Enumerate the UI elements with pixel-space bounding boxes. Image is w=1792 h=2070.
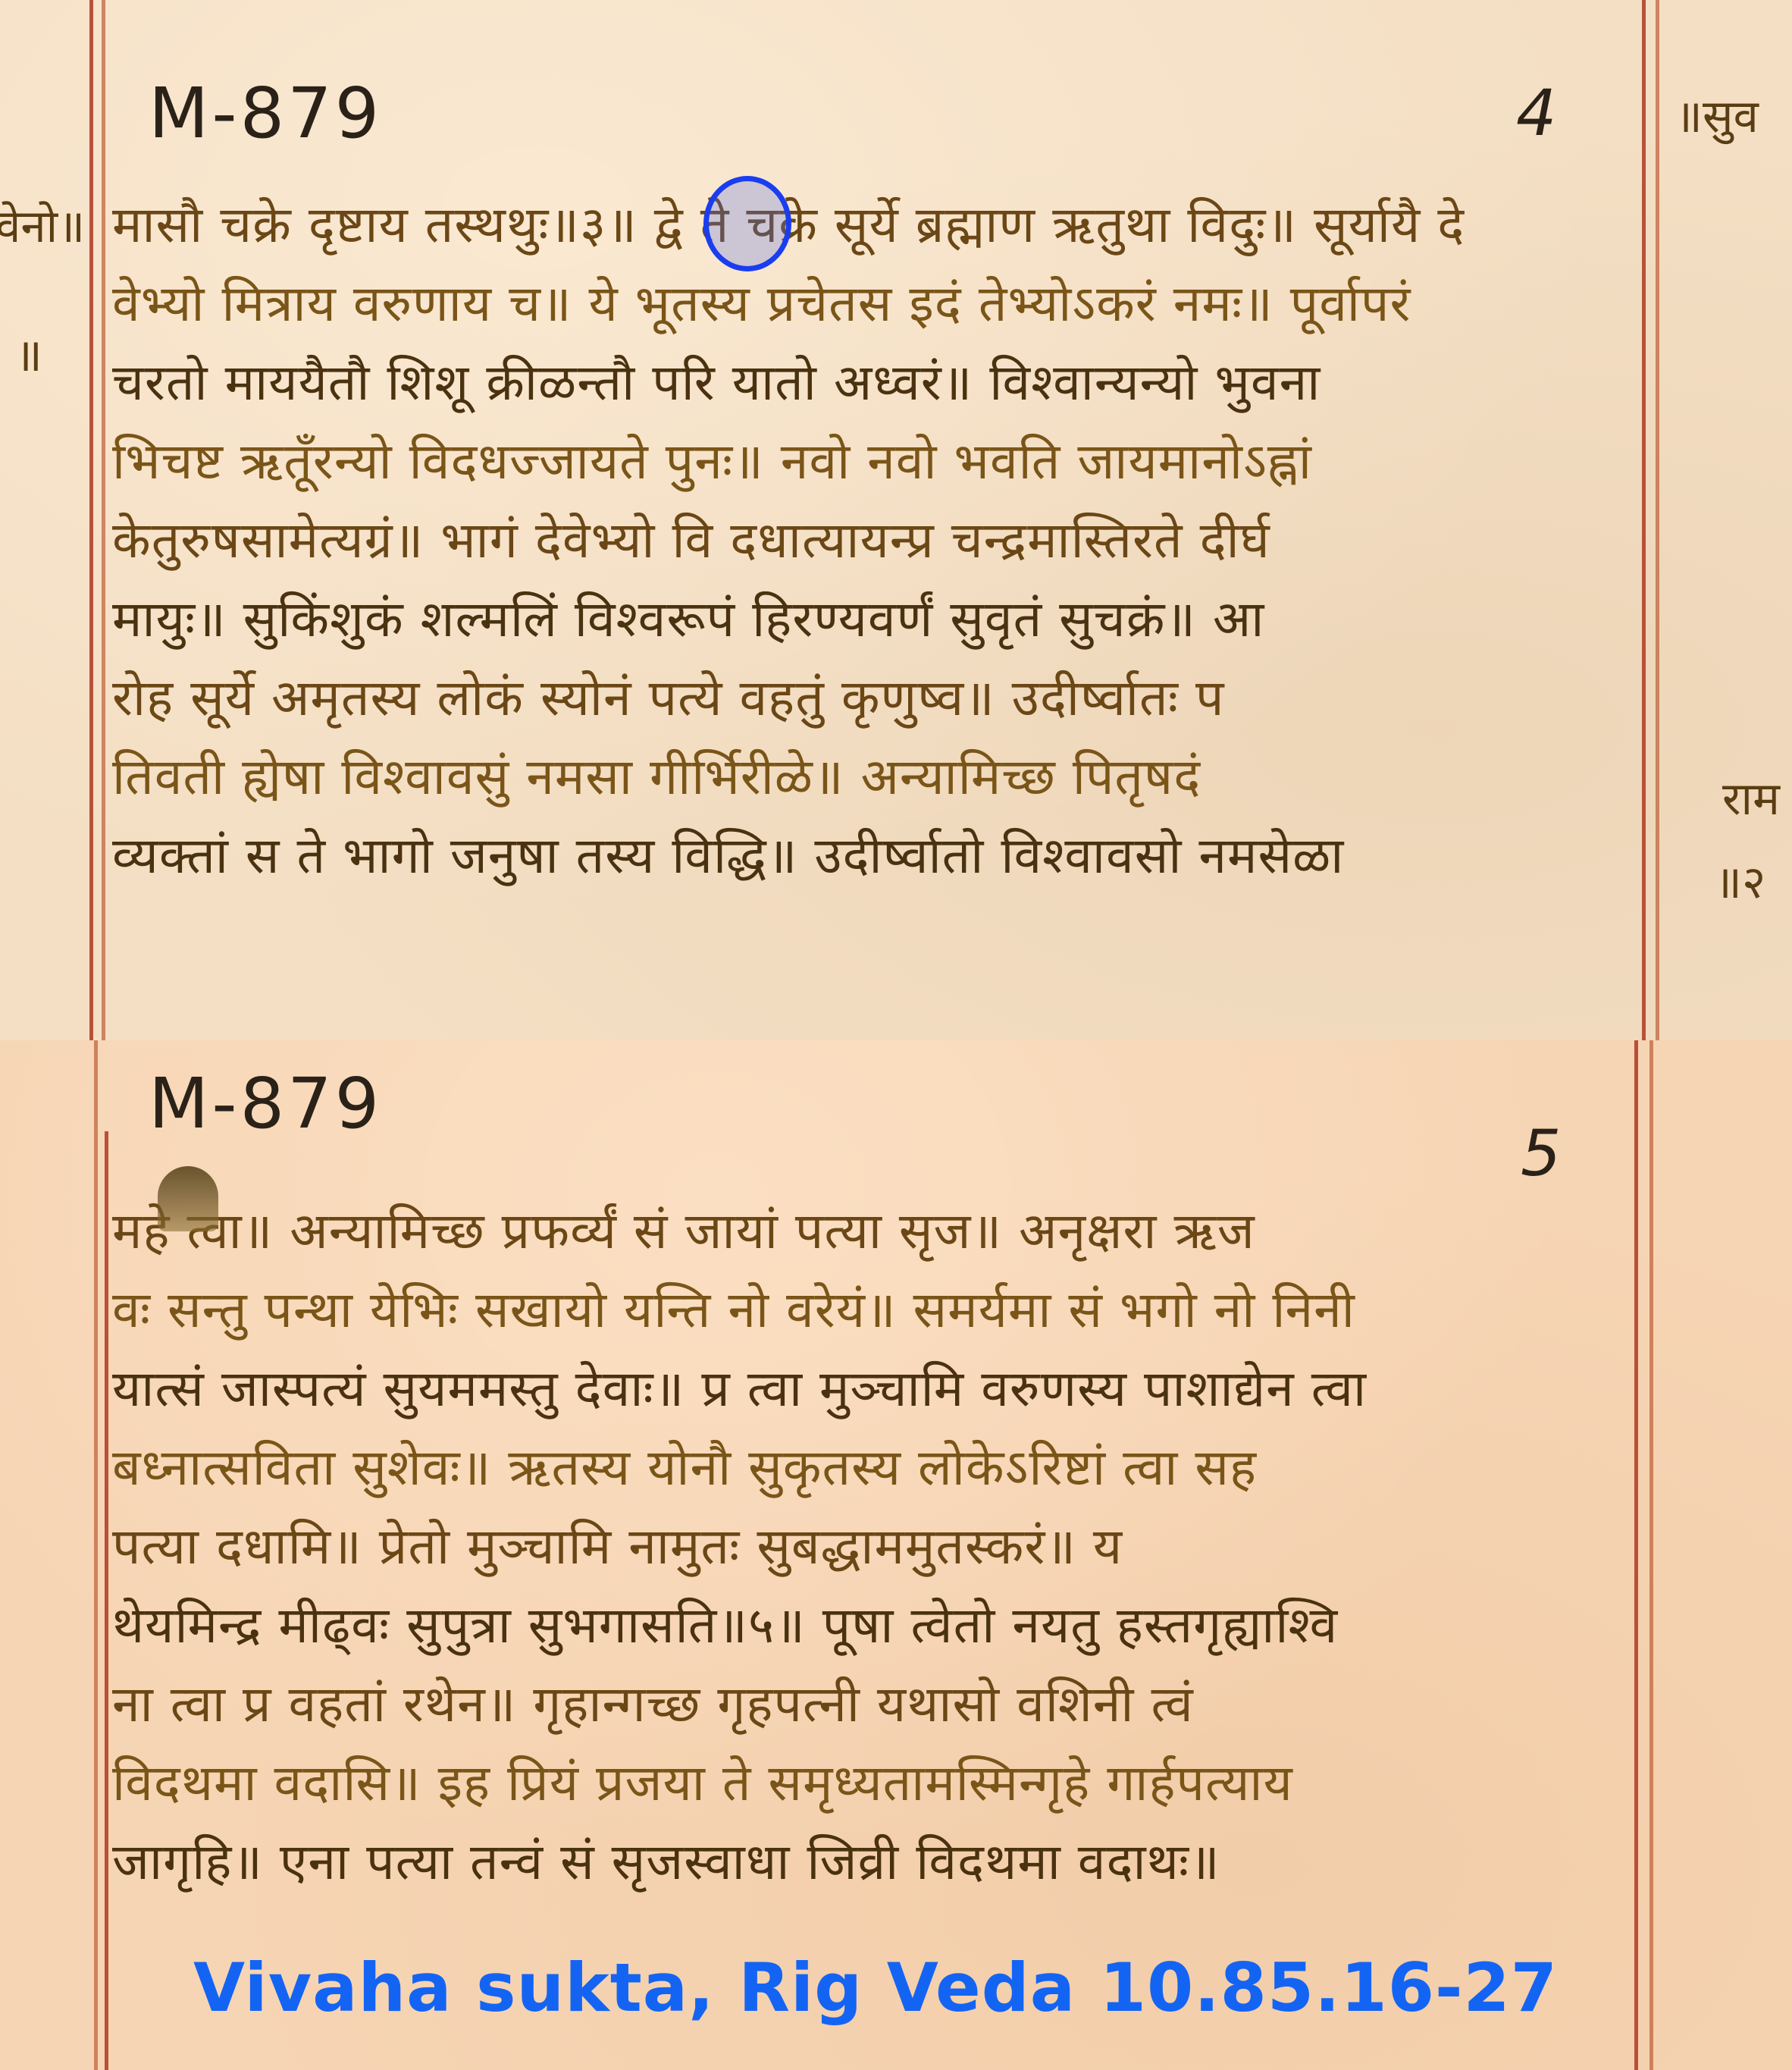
manuscript-line: मासौ चक्रे दृष्टाय तस्थथुः॥३॥ द्वे ते चक… [112, 186, 1636, 265]
manuscript-page-folio-5: M-879 5 महे त्वा॥ अन्यामिच्छ प्रफर्व्यं … [0, 1040, 1792, 2070]
manuscript-text-block: महे त्वा॥ अन्यामिच्छ प्रफर्व्यं सं जायां… [112, 1192, 1636, 1902]
manuscript-line: रोह सूर्ये अमृतस्य लोकं स्योनं पत्ये वहत… [112, 659, 1636, 738]
manuscript-line: महे त्वा॥ अन्यामिच्छ प्रफर्व्यं सं जायां… [112, 1192, 1636, 1271]
folio-number: 4 [1516, 76, 1556, 150]
folio-number: 5 [1521, 1116, 1561, 1190]
right-margin-rule-inner [1649, 1040, 1653, 2070]
manuscript-line: जागृहि॥ एना पत्या तन्वं सं सृजस्वाधा जिव… [112, 1823, 1636, 1902]
left-margin-rule-outer [89, 0, 93, 1040]
manuscript-page-folio-4: M-879 4 वेनो॥ ॥ ॥सुव राम ॥२ मासौ चक्रे द… [0, 0, 1792, 1040]
manuscript-line: तिवती ह्येषा विश्वावसुं नमसा गीर्भिरीळे॥… [112, 738, 1636, 817]
manuscript-line: चरतो माययैतौ शिशू क्रीळन्तौ परि यातो अध्… [112, 343, 1636, 422]
right-margin-note-2: राम [1722, 766, 1780, 828]
left-margin-rule-inner [105, 1131, 108, 2070]
left-margin-note: वेनो॥ [0, 193, 85, 256]
left-margin-rule-inner [102, 0, 105, 1040]
manuscript-number: M-879 [149, 1063, 382, 1144]
right-margin-rule-outer [1642, 0, 1646, 1040]
right-margin-note-1: ॥सुव [1675, 83, 1759, 146]
manuscript-line: बध्नात्सविता सुशेवः॥ ऋतस्य योनौ सुकृतस्य… [112, 1429, 1636, 1507]
manuscript-line: भिचष्ट ऋतूँरन्यो विदधज्जायते पुनः॥ नवो न… [112, 422, 1636, 501]
ink-blot-stain [158, 1166, 218, 1231]
left-margin-rule-outer [94, 1040, 98, 2070]
caption-title: Vivaha sukta, Rig Veda 10.85.16-27 [193, 1949, 1558, 2027]
manuscript-line: मायुः॥ सुकिंशुकं शल्मलिं विश्वरूपं हिरण्… [112, 580, 1636, 659]
manuscript-line: विदथमा वदासि॥ इह प्रियं प्रजया ते समृध्य… [112, 1744, 1636, 1823]
manuscript-line: केतुरुषसामेत्यग्रं॥ भागं देवेभ्यो वि दधा… [112, 501, 1636, 580]
right-margin-note-3: ॥२ [1715, 849, 1765, 911]
manuscript-line: वेभ्यो मित्राय वरुणाय च॥ ये भूतस्य प्रचे… [112, 265, 1636, 343]
manuscript-number: M-879 [149, 73, 382, 154]
manuscript-line: ना त्वा प्र वहतां रथेन॥ गृहान्गच्छ गृहपत… [112, 1665, 1636, 1744]
manuscript-line: थेयमिन्द्र मीढ्वः सुपुत्रा सुभगासति॥५॥ प… [112, 1586, 1636, 1665]
manuscript-line: वः सन्तु पन्था येभिः सखायो यन्ति नो वरेय… [112, 1271, 1636, 1350]
right-margin-rule-inner [1656, 0, 1659, 1040]
manuscript-line: यात्सं जास्पत्यं सुयममस्तु देवाः॥ प्र त्… [112, 1350, 1636, 1429]
highlight-circle-annotation [703, 176, 791, 271]
left-margin-mark: ॥ [15, 322, 42, 384]
manuscript-text-block: मासौ चक्रे दृष्टाय तस्थथुः॥३॥ द्वे ते चक… [112, 186, 1636, 895]
manuscript-line: पत्या दधामि॥ प्रेतो मुञ्चामि नामुतः सुबद… [112, 1507, 1636, 1586]
manuscript-line: व्यक्तां स ते भागो जनुषा तस्य विद्धि॥ उद… [112, 817, 1636, 895]
